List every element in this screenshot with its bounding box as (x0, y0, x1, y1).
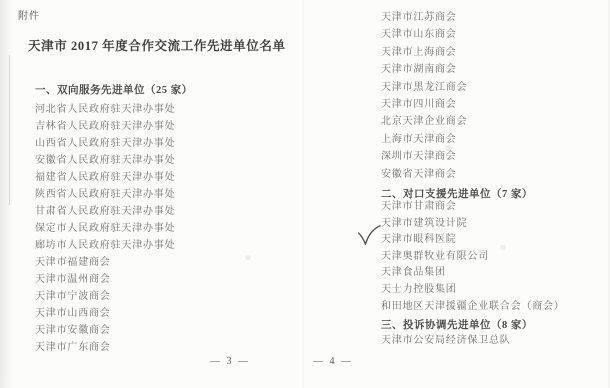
attachment-label: 附件 (18, 7, 40, 22)
list-item: 天津市上海商会 (381, 44, 467, 61)
list-item: 天津市公安局经济保卫总队 (381, 332, 511, 349)
page-right: 天津市江苏商会 天津市山东商会 天津市上海商会 天津市湖南商会 天津市黑龙江商会… (305, 0, 610, 388)
list-item: 深圳市天津商会 (381, 148, 467, 165)
list-item: 河北省人民政府驻天津办事处 (35, 101, 175, 118)
section1-list-continued: 天津市江苏商会 天津市山东商会 天津市上海商会 天津市湖南商会 天津市黑龙江商会… (381, 9, 467, 183)
page-number-left: — 3 — (210, 356, 250, 367)
list-item: 天津市福建商会 (35, 254, 175, 271)
list-item: 天津市山东商会 (381, 26, 467, 43)
list-item: 山西省人民政府驻天津办事处 (35, 135, 175, 152)
section1-list: 河北省人民政府驻天津办事处 吉林省人民政府驻天津办事处 山西省人民政府驻天津办事… (35, 101, 175, 356)
list-item-checked: 天津市眼科医院 (381, 232, 565, 249)
list-item: 天津市建筑设计院 (381, 216, 565, 233)
list-item: 天津奥群牧业有限公司 (381, 249, 565, 266)
list-item: 安徽省人民政府驻天津办事处 (35, 152, 175, 169)
list-item: 天津市广东商会 (35, 339, 175, 356)
list-item: 北京天津企业商会 (381, 113, 467, 130)
list-item: 甘肃省人民政府驻天津办事处 (35, 203, 175, 220)
list-item: 天津市安徽商会 (35, 322, 175, 339)
list-item: 天津市山西商会 (35, 305, 175, 322)
section1-heading: 一、双向服务先进单位（25 家） (35, 82, 193, 97)
list-item: 天津市黑龙江商会 (381, 79, 467, 96)
list-item: 天津食品集团 (381, 265, 565, 282)
list-item: 福建省人民政府驻天津办事处 (35, 169, 175, 186)
list-item: 天津市江苏商会 (381, 9, 467, 26)
list-item: 天津市四川商会 (381, 96, 467, 113)
scanned-document: 附件 天津市 2017 年度合作交流工作先进单位名单 一、双向服务先进单位（25… (0, 0, 610, 388)
list-item: 吉林省人民政府驻天津办事处 (35, 118, 175, 135)
list-item: 和田地区天津援疆企业联合会（商会） (381, 299, 565, 316)
section3-heading: 三、投诉协调先进单位（8 家） (381, 317, 533, 332)
section2-list: 天津市甘肃商会 天津市建筑设计院 天津市眼科医院 天津奥群牧业有限公司 天津食品… (381, 199, 565, 315)
list-item: 保定市人民政府驻天津办事处 (35, 220, 175, 237)
page-left: 附件 天津市 2017 年度合作交流工作先进单位名单 一、双向服务先进单位（25… (0, 0, 303, 388)
list-item: 安徽省天津商会 (381, 166, 467, 183)
document-title: 天津市 2017 年度合作交流工作先进单位名单 (28, 36, 286, 54)
list-item: 天津市湖南商会 (381, 61, 467, 78)
list-item: 陕西省人民政府驻天津办事处 (35, 186, 175, 203)
list-item: 天津市温州商会 (35, 271, 175, 288)
list-item: 天津市宁波商会 (35, 288, 175, 305)
page-number-right: — 4 — (313, 356, 353, 367)
list-item: 天士力控股集团 (381, 282, 565, 299)
list-item: 廊坊市人民政府驻天津办事处 (35, 237, 175, 254)
list-item: 天津市甘肃商会 (381, 199, 565, 216)
list-item: 上海市天津商会 (381, 131, 467, 148)
section3-list: 天津市公安局经济保卫总队 (381, 332, 511, 349)
handwritten-checkmark-icon (357, 225, 381, 245)
